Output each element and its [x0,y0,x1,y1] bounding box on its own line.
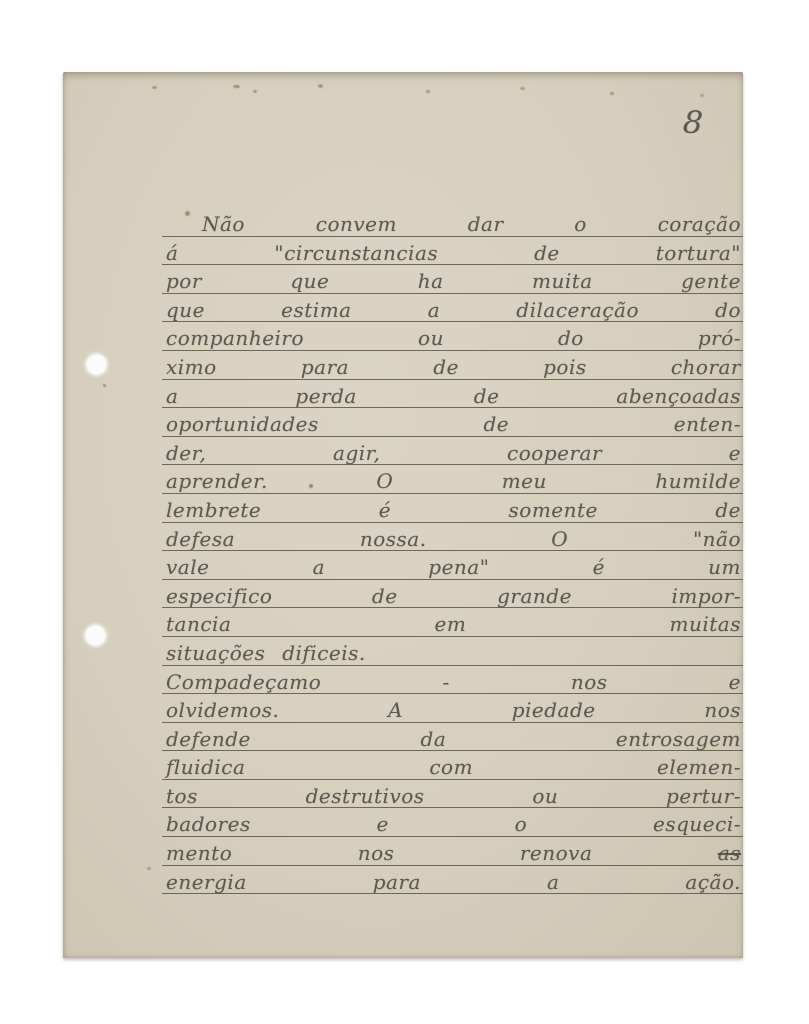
manuscript-line: situações dificeis. [162,637,743,666]
handwritten-text: á "circunstancias de tortura" [166,241,741,265]
manuscript-line: ximo para de pois chorar [162,351,743,380]
handwritten-text: defende da entrosagem [166,727,741,751]
manuscript-page: 8 Não convem dar o coraçãoá "circunstanc… [63,72,743,958]
handwritten-text: mento nos renova [166,841,592,865]
manuscript-line: a perda de abençoadas [162,380,743,409]
hole-punch-top [86,354,107,375]
handwritten-text: oportunidades de enten- [166,412,741,436]
handwritten-text: tancia em muitas [166,612,741,636]
manuscript-line: á "circunstancias de tortura" [162,237,743,266]
handwritten-text: que estima a dilaceração do [166,298,741,322]
manuscript-line: por que ha muita gente [162,265,743,294]
handwritten-text: companheiro ou do pró- [166,326,741,350]
handwritten-text: vale a pena" é um [166,555,741,579]
handwritten-text: ximo para de pois chorar [166,355,741,379]
handwritten-text: badores e o esqueci- [166,812,741,836]
manuscript-line: defende da entrosagem [162,723,743,752]
handwritten-text: por que ha muita gente [166,269,741,293]
manuscript-line: Não convem dar o coração [162,208,743,237]
stain-spot [318,84,323,88]
manuscript-line: que estima a dilaceração do [162,294,743,323]
handwritten-text: lembrete é somente de [166,498,741,522]
stain-spot [520,87,525,90]
manuscript-line: companheiro ou do pró- [162,322,743,351]
stain-spot [103,384,106,387]
page-number: 8 [682,107,704,139]
manuscript-line: oportunidades de enten- [162,408,743,437]
handwritten-text: defesa nossa. O "não [166,527,741,551]
handwritten-text: olvidemos. A piedade nos [166,698,741,722]
handwritten-text: energia para a ação. [166,870,741,894]
handwritten-text: situações dificeis. [166,641,366,665]
scan-background: 8 Não convem dar o coraçãoá "circunstanc… [0,0,809,1024]
handwritten-text: Não convem dar o coração [202,212,741,236]
manuscript-line: der, agir, cooperar e [162,437,743,466]
stain-spot [610,92,614,95]
manuscript-lines: Não convem dar o coraçãoá "circunstancia… [162,208,743,895]
manuscript-line: badores e o esqueci- [162,808,743,837]
manuscript-line: olvidemos. A piedade nos [162,694,743,723]
handwritten-text: der, agir, cooperar e [166,441,741,465]
stain-spot [152,86,157,89]
manuscript-line: energia para a ação. [162,866,743,895]
stain-spot [233,85,240,88]
hole-punch-bottom [85,625,106,646]
manuscript-line: mento nos renova as [162,837,743,866]
handwritten-text: fluidica com elemen- [166,755,741,779]
manuscript-line: aprender. O meu humilde [162,465,743,494]
manuscript-line: vale a pena" é um [162,551,743,580]
handwritten-text: tos destrutivos ou pertur- [166,784,741,808]
handwritten-text: aprender. O meu humilde [166,469,741,493]
stain-spot [253,90,257,93]
manuscript-line: especifico de grande impor- [162,580,743,609]
manuscript-line: tancia em muitas [162,608,743,637]
manuscript-line: lembrete é somente de [162,494,743,523]
handwritten-text: especifico de grande impor- [166,584,741,608]
stain-spot [700,94,704,97]
manuscript-line: fluidica com elemen- [162,751,743,780]
manuscript-line: tos destrutivos ou pertur- [162,780,743,809]
manuscript-line: defesa nossa. O "não [162,523,743,552]
struck-word: as [718,841,741,865]
stain-spot [426,90,430,93]
handwritten-text: Compadeçamo - nos e [166,670,741,694]
handwritten-text: a perda de abençoadas [166,384,741,408]
stain-spot [147,867,151,870]
manuscript-line: Compadeçamo - nos e [162,666,743,695]
